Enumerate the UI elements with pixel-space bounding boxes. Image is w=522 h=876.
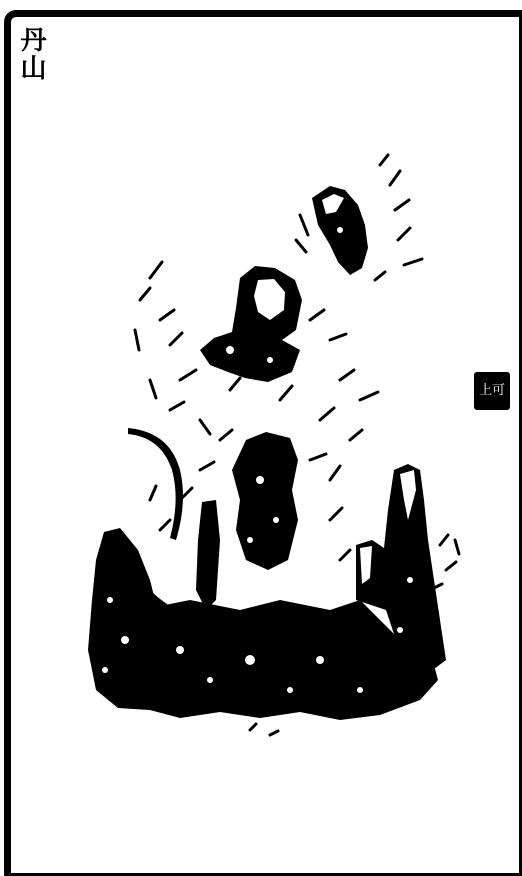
middle-rock xyxy=(200,266,302,382)
pillar-rock xyxy=(196,500,220,610)
woodblock-print-page: 丹山 xyxy=(0,0,522,876)
rockery-illustration xyxy=(0,0,522,876)
central-rock xyxy=(232,432,298,570)
red-seal-stamp: 上可 xyxy=(474,372,510,410)
